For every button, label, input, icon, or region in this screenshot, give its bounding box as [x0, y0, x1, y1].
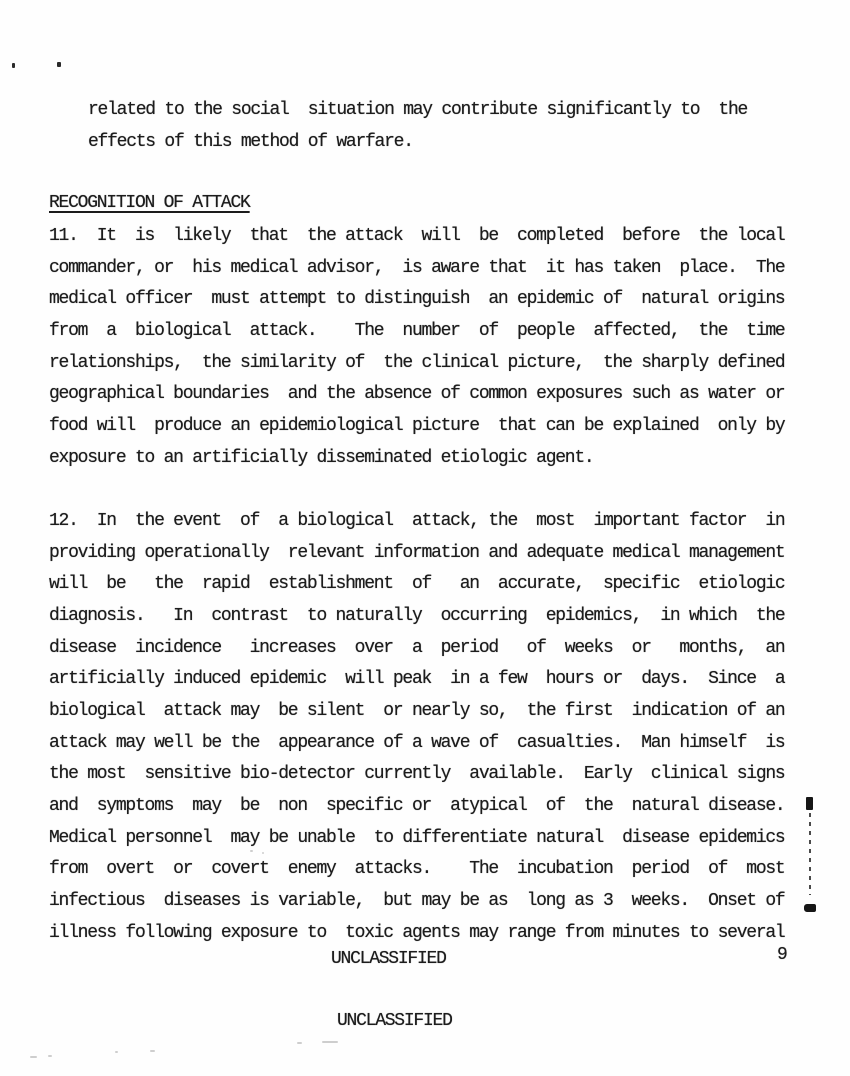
footer-classification: UNCLASSIFIED	[331, 944, 446, 976]
continuation-paragraph: related to the social situation may cont…	[88, 95, 747, 158]
section-heading: RECOGNITION OF ATTACK	[49, 188, 250, 220]
scan-speck	[262, 852, 264, 854]
paragraph-12: 12. In the event of a biological attack,…	[49, 506, 785, 949]
scan-speck	[115, 1051, 118, 1053]
scan-speck	[322, 1041, 338, 1043]
margin-dashed-line	[809, 813, 811, 895]
scan-speck	[297, 1042, 302, 1044]
margin-change-bar	[806, 797, 813, 810]
margin-dot-mark	[804, 904, 816, 912]
scan-speck	[30, 1056, 37, 1058]
page-number: 9	[777, 940, 787, 972]
scan-speck	[150, 1050, 155, 1052]
scan-speck	[48, 1055, 52, 1057]
paragraph-11: 11. It is likely that the attack will be…	[49, 221, 785, 474]
scan-speck	[250, 850, 253, 852]
scan-speck	[57, 62, 61, 67]
next-page-classification: UNCLASSIFIED	[337, 1006, 452, 1038]
scanned-document-page: related to the social situation may cont…	[0, 0, 850, 1076]
scan-speck	[12, 63, 15, 68]
